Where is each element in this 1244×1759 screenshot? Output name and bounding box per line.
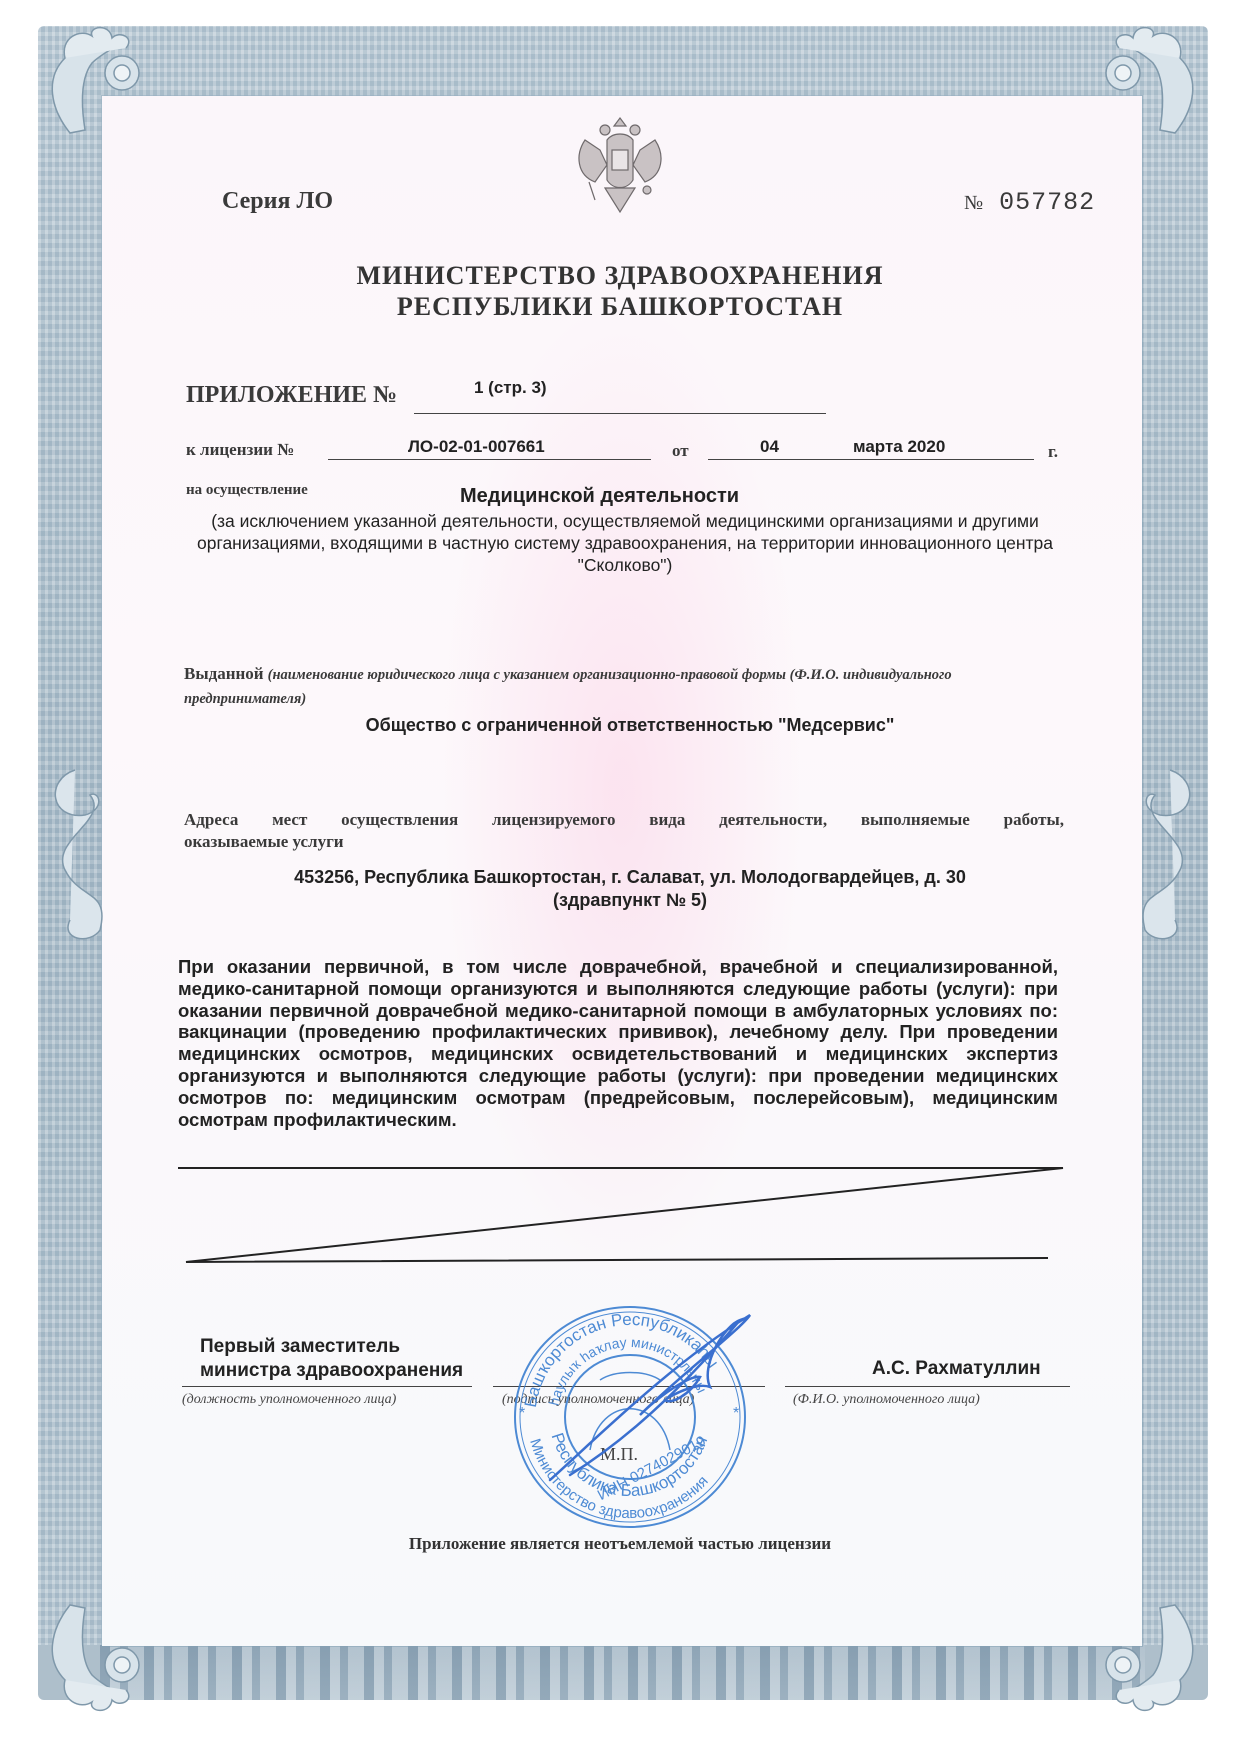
signatory-name: А.С. Рахматуллин bbox=[872, 1358, 1041, 1380]
form-number: №057782 bbox=[964, 188, 1095, 217]
form-number-value: 057782 bbox=[999, 188, 1095, 217]
address-line2: (здравпункт № 5) bbox=[184, 889, 1076, 912]
signatory-title-line1: Первый заместитель bbox=[200, 1335, 463, 1359]
address-value: 453256, Республика Башкортостан, г. Сала… bbox=[184, 866, 1076, 912]
from-label: от bbox=[672, 441, 689, 461]
signatory-title-line2: министра здравоохранения bbox=[200, 1359, 463, 1383]
appendix-number: 1 (стр. 3) bbox=[474, 378, 547, 398]
ministry-title-line2: РЕСПУБЛИКИ БАШКОРТОСТАН bbox=[200, 291, 1040, 322]
ministry-title-line1: МИНИСТЕРСТВО ЗДРАВООХРАНЕНИЯ bbox=[200, 260, 1040, 291]
date-underline bbox=[708, 459, 1034, 460]
handwritten-signature-icon bbox=[540, 1305, 765, 1485]
signatory-title: Первый заместитель министра здравоохране… bbox=[200, 1335, 463, 1383]
company-name: Общество с ограниченной ответственностью… bbox=[184, 715, 1076, 736]
license-label: к лицензии № bbox=[186, 440, 294, 460]
appendix-underline bbox=[414, 413, 826, 414]
address-line1: 453256, Республика Башкортостан, г. Сала… bbox=[184, 866, 1076, 889]
issued-to-hint: (наименование юридического лица с указан… bbox=[184, 667, 952, 707]
works-description: При оказании первичной, в том числе довр… bbox=[178, 956, 1058, 1130]
coat-of-arms-icon bbox=[565, 110, 675, 220]
address-label-line1: Адреса мест осуществления лицензируемого… bbox=[184, 808, 1064, 832]
side-scroll-ornament-icon bbox=[1125, 760, 1215, 950]
position-caption: (должность уполномоченного лица) bbox=[182, 1392, 396, 1408]
corner-ornament-icon bbox=[1095, 1600, 1215, 1720]
activity-note: (за исключением указанной деятельности, … bbox=[170, 510, 1080, 576]
license-day: 04 bbox=[760, 437, 779, 457]
year-suffix: г. bbox=[1048, 442, 1058, 462]
side-scroll-ornament-icon bbox=[30, 760, 120, 950]
frame-bottom-band bbox=[100, 1645, 1145, 1700]
number-sign: № bbox=[964, 192, 983, 214]
address-label-line2: оказываемые услуги bbox=[184, 832, 344, 852]
issued-to-block: Выданной (наименование юридического лица… bbox=[184, 662, 1076, 711]
corner-ornament-icon bbox=[30, 18, 150, 138]
series-label: Серия ЛО bbox=[222, 188, 333, 215]
activity-value: Медицинской деятельности bbox=[460, 485, 739, 508]
issued-to-label: Выданной bbox=[184, 664, 264, 683]
strikeout-lines bbox=[178, 1160, 1068, 1270]
footer-note: Приложение является неотъемлемой частью … bbox=[200, 1534, 1040, 1554]
activity-label: на осуществление bbox=[186, 482, 308, 499]
license-underline bbox=[328, 459, 651, 460]
name-caption: (Ф.И.О. уполномоченного лица) bbox=[793, 1392, 980, 1408]
license-number: ЛО-02-01-007661 bbox=[408, 437, 545, 457]
corner-ornament-icon bbox=[1095, 18, 1215, 138]
name-line bbox=[785, 1386, 1070, 1387]
license-month-year: марта 2020 bbox=[853, 437, 945, 457]
svg-text:*: * bbox=[519, 1405, 525, 1422]
corner-ornament-icon bbox=[30, 1600, 150, 1720]
appendix-label: ПРИЛОЖЕНИЕ № bbox=[186, 382, 397, 409]
position-line bbox=[182, 1386, 472, 1387]
